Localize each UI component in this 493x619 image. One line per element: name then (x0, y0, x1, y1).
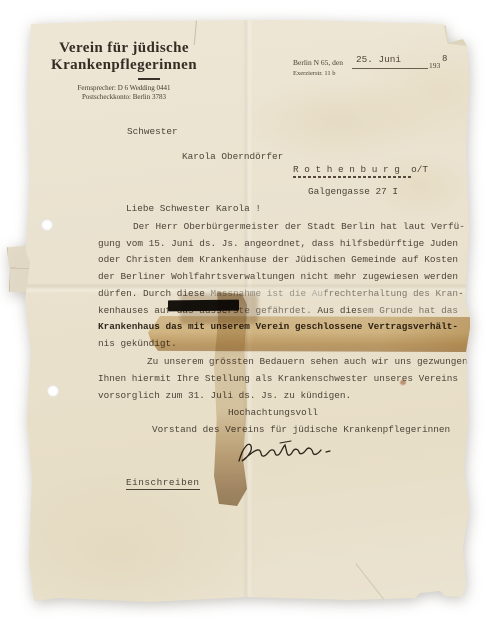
horizontal-tape (148, 316, 470, 352)
recipient-city: R o t h e n b u r g o/T (293, 165, 428, 174)
corner-fold-shade (444, 24, 468, 46)
letter-line: gung vom 15. Juni ds. Js. angeordnet, da… (98, 239, 458, 248)
letter-line: oder Christen dem Krankenhause der Jüdis… (98, 255, 458, 264)
recipient-name: Karola Oberndörfer (182, 152, 283, 161)
recipient-title: Schwester (127, 127, 178, 136)
letter-line: kenhauses auf das äusserste gefährdet. A… (98, 306, 458, 315)
dateline-date: 25. Juni (356, 55, 401, 64)
registered-mail-note: Einschreiben (126, 478, 200, 490)
letter-line: Der Herr Oberbürgermeister der Stadt Ber… (133, 222, 465, 231)
letter-paper: Verein für jüdische Krankenpflegerinnen … (0, 0, 493, 619)
dateline-year-printed: 193 (429, 61, 440, 70)
paper-shadow: Verein für jüdische Krankenpflegerinnen … (0, 0, 493, 619)
letter-line: dürfen. Durch diese Massnahme ist die Au… (98, 289, 464, 298)
vertical-tape (214, 292, 247, 506)
letterhead-rule (138, 78, 160, 80)
dateline-place: Berlin N 65, den (293, 58, 343, 67)
dateline-street: Exerzierstr. 11 b (293, 70, 336, 77)
letterhead-postal-account: Postscheckkonto: Berlin 3783 (36, 94, 212, 101)
letterhead-phone: Fernsprecher: D 6 Wedding 0441 (36, 85, 212, 92)
handwritten-signature (233, 437, 333, 467)
sender-line: Vorstand des Vereins für jüdische Kranke… (152, 425, 450, 434)
letter-line: der Berliner Wohlfahrtsverwaltungen nich… (98, 272, 458, 281)
letter-line: Ihnen hiermit Ihre Stellung als Krankens… (98, 374, 458, 383)
letterhead-org-line2: Krankenpflegerinnen (36, 58, 212, 73)
recipient-street: Galgengasse 27 I (308, 187, 398, 196)
punch-hole-bottom (47, 385, 59, 397)
recipient-city-underline (293, 176, 413, 178)
salutation: Liebe Schwester Karola ! (126, 204, 261, 213)
scanned-letter-photo: Verein für jüdische Krankenpflegerinnen … (0, 0, 493, 619)
punch-hole-top (41, 219, 53, 231)
letterhead-org-line1: Verein für jüdische (36, 41, 212, 56)
dateline-year-digit: 8 (442, 55, 447, 64)
dateline-underline (352, 68, 428, 69)
letter-line: Zu unserem grössten Bedauern sehen auch … (147, 357, 473, 366)
bottom-right-crease (355, 563, 389, 606)
